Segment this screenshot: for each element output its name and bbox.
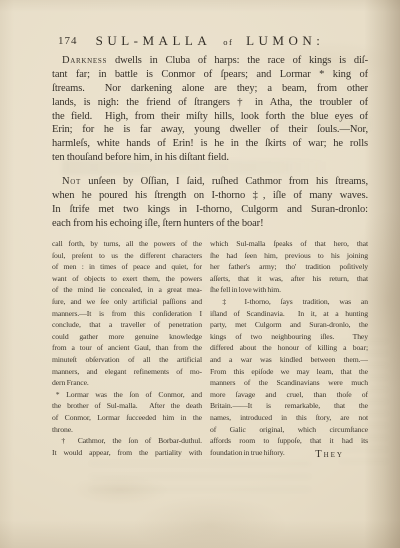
text-line: ‡ I-thorno, ſays tradition, was an: [210, 296, 368, 308]
page-edge-shadow-right: [364, 0, 400, 548]
text-line: of men : in times of peace and quiet, fo…: [52, 261, 202, 273]
text-line: want of objects to exert them, the power…: [52, 273, 202, 285]
text-line: In ſtrife met two kings in I-thorno, Cul…: [52, 203, 368, 217]
text-line: Not unſeen by Oſſian, I ſaid, ruſhed Cat…: [52, 175, 368, 189]
text-line: ſoul, preſent to us the different charac…: [52, 250, 202, 262]
text-line: It would appear, from the partiality wit…: [52, 447, 202, 459]
text-line: more ſavage and cruel, than thoſe of: [210, 389, 368, 401]
footnotes-section: call forth, by turns, all the powers of …: [52, 238, 368, 458]
text-line: manners, and elegant refinements of mo-: [52, 366, 202, 378]
text-line: the field. High, from their miſty hills,…: [52, 110, 368, 124]
text-line: conclude, that a traveller of penetratio…: [52, 319, 202, 331]
text-line: ſhe had ſeen him, previous to his joinin…: [210, 250, 368, 262]
page-edge-shadow-left: [0, 0, 14, 548]
text-line: ſure, and we ſee only artificial paſſion…: [52, 296, 202, 308]
text-line: ten thouſand before him, in his diſtant …: [52, 151, 368, 165]
page-edge-shadow-top: [0, 0, 400, 12]
text-line: ſtreams. Nor darkening alone are they; a…: [52, 82, 368, 96]
text-line: of Conmor, Lormar ſucceeded him in the: [52, 412, 202, 424]
text-line: Erin; for he is far away, young dweller …: [52, 123, 368, 137]
text-line: † Cathmor, the ſon of Borbar-duthul.: [52, 435, 202, 447]
text-line: and a war was kindled between them.—: [210, 354, 368, 366]
text-line: minuteſt obſervation of all the artifici…: [52, 354, 202, 366]
text-line: which Sul-malla ſpeaks of that hero, tha…: [210, 238, 368, 250]
text-line: manners.—It is from this conſideration I: [52, 308, 202, 320]
main-text-block: Darkness dwells in Cluba of harps: the r…: [52, 54, 368, 241]
page-number: 174: [58, 35, 78, 47]
title-of: of: [223, 37, 233, 47]
text-line: party, met Culgorm and Suran-dronlo, the: [210, 319, 368, 331]
text-line: lands, is nigh: the friend of ſtrangers …: [52, 96, 368, 110]
text-line: iſland of Scandinavia. In it, at a hunti…: [210, 308, 368, 320]
text-line: the brother of Sul-malla. After the deat…: [52, 400, 202, 412]
text-line: of the mind lie concealed, in a great me…: [52, 284, 202, 296]
book-page-scan: 174 SUL-MALLA of LUMON: Darkness dwells …: [0, 0, 400, 548]
title-end: LUMON:: [246, 33, 324, 48]
text-line: ſhe fell in love with him.: [210, 284, 368, 296]
running-header: 174 SUL-MALLA of LUMON:: [52, 33, 368, 50]
text-line: aſſerts, that it was, after his return, …: [210, 273, 368, 285]
page-title: SUL-MALLA of LUMON:: [52, 33, 368, 49]
text-line: could gather more genuine knowledge: [52, 331, 202, 343]
paragraph-1: Darkness dwells in Cluba of harps: the r…: [52, 54, 368, 165]
text-line: of Galic original, which circumſtance: [210, 424, 368, 436]
text-line: * Lormar was the ſon of Conmor, and: [52, 389, 202, 401]
text-line: Darkness dwells in Cluba of harps: the r…: [52, 54, 368, 68]
text-line: dern France.: [52, 377, 202, 389]
text-line: throne.: [52, 424, 202, 436]
footnote-column-left: call forth, by turns, all the powers of …: [52, 238, 202, 458]
text-line: kings of two neighbouring iſles. They: [210, 331, 368, 343]
text-line: her father's army; tho' tradition poſiti…: [210, 261, 368, 273]
small-caps-word: Darkness: [62, 55, 107, 66]
text-line: manners of the Scandinavians were much: [210, 377, 368, 389]
text-line: affords room to ſuppoſe, that it had its: [210, 435, 368, 447]
text-line: when he poured his ſtrength on I-thorno …: [52, 189, 368, 203]
text-line: harmleſs, white hands of Erin! is he in …: [52, 137, 368, 151]
text-line: differed about the honour of killing a b…: [210, 342, 368, 354]
text-line: From this epiſode we may learn, that the: [210, 366, 368, 378]
catchword: They: [315, 449, 344, 460]
small-caps-word: Not: [62, 176, 81, 187]
ink-bleed-through: [90, 462, 310, 492]
title-main: SUL-MALLA: [96, 33, 211, 48]
text-line: names, introduced in this ſtory, are not: [210, 412, 368, 424]
text-line: foundation in true hiſtory.: [210, 447, 368, 459]
text-line: tant far; in battle is Conmor of ſpears;…: [52, 68, 368, 82]
text-line: Britain.——It is remarkable, that the: [210, 400, 368, 412]
page-edge-shadow-bottom: [0, 520, 400, 548]
text-line: each from his echoing iſle, ſtern hunter…: [52, 217, 368, 231]
footnote-column-right: which Sul-malla ſpeaks of that hero, tha…: [210, 238, 368, 458]
text-line: from a tour of ancient Gaul, than from t…: [52, 342, 202, 354]
text-line: call forth, by turns, all the powers of …: [52, 238, 202, 250]
paragraph-2: Not unſeen by Oſſian, I ſaid, ruſhed Cat…: [52, 175, 368, 231]
